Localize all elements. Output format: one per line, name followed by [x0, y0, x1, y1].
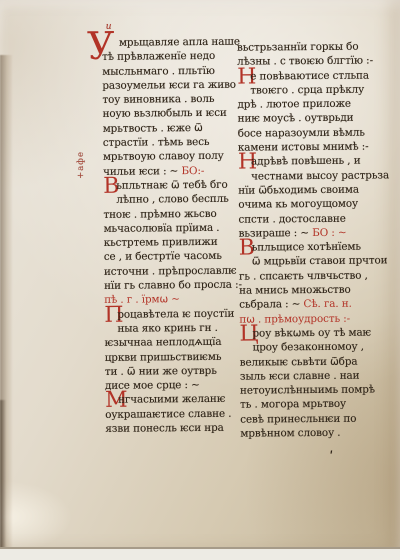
text-line: нетоуислѣнныимь помрѣ	[240, 382, 394, 398]
line-text: сьбрала : ~	[239, 298, 300, 311]
rubric-initial: П	[104, 307, 117, 317]
line-text: разоумельи ѥси га живо	[102, 79, 236, 92]
text-line: гь . спсаѥть члвчьство ,	[239, 268, 393, 284]
text-line: мрьтвоую славоу полу	[103, 149, 237, 164]
text-line: пѡ . прѣмоудрость :-	[239, 311, 393, 327]
text-line: сьбрала : ~ Сѣ. га. н.	[239, 297, 393, 313]
line-text: зыль ѥси славне . наи	[240, 369, 360, 382]
line-text: гь . спсаѥть члвчьство ,	[239, 269, 368, 282]
text-line: севѣ принесльнѥи по	[240, 411, 394, 427]
line-text: спсти . достославне	[238, 212, 345, 225]
line-text: ьпльщисе хотѣнїемь	[252, 241, 361, 254]
text-line: зыль ѥси славне . наи	[240, 368, 394, 384]
line-text: тноѥ . прѣмно жьсво	[103, 207, 216, 220]
text-line: тоу виновника . воль	[102, 92, 236, 107]
rubric-initial: В	[239, 241, 252, 251]
line-text: цроу безаконномоу ,	[253, 341, 364, 354]
text-line: ти . ѿ нии же оутврь	[105, 363, 239, 378]
line-text: се , и бестртїе часомь	[104, 250, 222, 263]
line-text: великыѥ сьвѣти ѿбра	[240, 355, 358, 368]
text-line: нїи гь славно бо просла :-	[104, 278, 238, 293]
line-text: источни . прѣпрославлѥ	[104, 264, 237, 277]
line-text: ѿ мцрьвїи ставои прчтои	[252, 255, 388, 268]
line-text: мрьщавляе апла наше	[119, 36, 240, 49]
text-line: ѥзычнаа неплодѧщїа	[104, 335, 238, 350]
line-text: кьстртемь привлижи	[104, 236, 218, 249]
text-line: ть . могора мрьтвоу	[240, 397, 394, 413]
line-text: камени истовы мнимѣ :-	[238, 141, 369, 154]
text-line: нїи ѿбьходимь своима	[238, 182, 392, 198]
line-text: роу вѣкѡмь оу тѣ маѥ	[252, 326, 371, 339]
text-line: лѣпно , слово беспль	[103, 192, 237, 207]
text-line: Мнгчасыими желанѥ	[105, 392, 239, 407]
text-line: мрьтвость . ѥже ѿ	[103, 120, 237, 135]
text-line: кьстртемь привлижи	[104, 235, 238, 250]
text-line: мрвѣнном словоу .	[240, 425, 394, 441]
ink-stray-mark: ʹ	[329, 450, 333, 465]
text-line: Не повѣваютисе стльпа	[237, 68, 391, 84]
rubric-initial: Н	[237, 69, 250, 79]
line-text: ниѥ моусѣ . оутврьди	[238, 112, 354, 125]
line-text: лѣпно , слово беспль	[116, 193, 228, 206]
rubric-label: Сѣ. га. н.	[300, 298, 352, 310]
text-line: цроу безаконномоу ,	[240, 340, 394, 356]
line-text: адрѣвѣ повѣшень , и	[251, 155, 361, 168]
rubric-label: БО:-	[178, 165, 204, 177]
line-text: ноую вьзлюбыль и ѥси	[102, 107, 226, 120]
line-text: оукрашаѥтисе славне .	[105, 407, 231, 420]
text-line: вьзираше : ~ БО : ~	[239, 225, 393, 241]
line-text: тѣ прѣвлаженїе недо	[102, 50, 215, 63]
line-text: страстїи . тѣмь весь	[103, 136, 210, 149]
line-text: е повѣваютисе стльпа	[250, 69, 369, 82]
rubric-initial: Н	[238, 155, 251, 165]
text-line: босе наразоумли вѣмль	[238, 125, 392, 141]
line-text: ѥзычнаа неплодѧщїа	[104, 336, 221, 349]
text-line: чильи ѥси : ~ БО:-	[103, 163, 237, 178]
rubric-label: БО : ~	[309, 227, 347, 239]
line-text: мрьтвоую славоу полу	[103, 150, 224, 163]
line-text: ть . могора мрьтвоу	[240, 398, 346, 411]
line-text: вьстрьзаннїи горкы бо	[237, 41, 359, 54]
line-text: дрѣ . лютое приложе	[237, 98, 351, 111]
line-text: мрвѣнном словоу .	[240, 427, 340, 440]
text-line: Процавѣтела ѥ поустїи	[104, 306, 238, 321]
text-line: Умрьщавляе апла наше	[102, 35, 236, 50]
text-line: ѿ мцрьвїи ставои прчтои	[239, 254, 393, 270]
text-line: твоѥго . срца прѣклу	[237, 82, 391, 98]
text-line: ниѥ моусѣ . оутврьди	[238, 111, 392, 127]
text-line: великыѥ сьвѣти ѿбра	[240, 354, 394, 370]
text-line: тноѥ . прѣмно жьсво	[103, 206, 237, 221]
line-text: нетоуислѣнныимь помрѣ	[240, 384, 375, 397]
line-text: нїи гь славно бо просла :-	[104, 279, 242, 292]
text-line: Цроу вѣкѡмь оу тѣ маѥ	[239, 325, 393, 341]
line-text: честнами высоу растрьза	[251, 169, 389, 182]
text-line: вьстрьзаннїи горкы бо	[237, 39, 391, 55]
line-text: роцавѣтела ѥ поустїи	[117, 307, 234, 320]
text-line: честнами высоу растрьза	[238, 168, 392, 184]
line-text: нїи ѿбьходимь своима	[238, 184, 359, 197]
line-text: мьчасолювїа прїима .	[103, 222, 219, 235]
line-text: тоу виновника . воль	[102, 93, 214, 106]
line-text: босе наразоумли вѣмль	[238, 126, 365, 139]
line-text: севѣ принесльнѥи по	[240, 412, 356, 425]
text-line: спсти . достославне	[238, 211, 392, 227]
text-line: очима кь могоущомоу	[238, 197, 392, 213]
text-column-right: вьстрьзаннїи горкы болѣзны . с твоѥю блг…	[237, 39, 394, 441]
text-line: лѣзны . с твоѥю блгтїю :-	[237, 54, 391, 70]
rubric-initial: В	[103, 179, 116, 189]
text-line: пѣ . г . їрмѡ ~	[104, 292, 238, 307]
line-text: цркви пришьствиѥмь	[105, 350, 222, 363]
line-text: мрьтвость . ѥже ѿ	[103, 122, 203, 135]
text-line: Надрѣвѣ повѣшень , и	[238, 154, 392, 170]
text-line: мысльнмаго . пльтїю	[102, 63, 236, 78]
marginal-gloss: +афе	[76, 151, 86, 179]
line-text: язви понесль ѥси нра	[105, 422, 224, 435]
text-line: дрѣ . лютое приложе	[237, 97, 391, 113]
text-line: ноую вьзлюбыль и ѥси	[102, 106, 236, 121]
line-text: мысльнмаго . пльтїю	[102, 64, 215, 77]
text-line: камени истовы мнимѣ :-	[238, 139, 392, 155]
line-text: на мнись множьство	[239, 284, 351, 297]
text-line: на мнись множьство	[239, 282, 393, 298]
rubric-initial: М	[105, 393, 118, 403]
line-text: ьпльтнаѥ ѿ тебѣ бго	[116, 179, 228, 192]
text-line: се , и бестртїе часомь	[104, 249, 238, 264]
text-line: тѣ прѣвлаженїе недо	[102, 49, 236, 64]
text-line: оукрашаѥтисе славне .	[105, 406, 239, 421]
text-line: разоумельи ѥси га живо	[102, 78, 236, 93]
text-line: Вьпльтнаѥ ѿ тебѣ бго	[103, 178, 237, 193]
text-line: Вьпльщисе хотѣнїемь	[239, 239, 393, 255]
text-line: страстїи . тѣмь весь	[103, 135, 237, 150]
manuscript-text-block: и +афе ʹ Умрьщавляе апла нашетѣ прѣвлаже…	[0, 0, 400, 560]
text-line: источни . прѣпрославлѥ	[104, 263, 238, 278]
line-text: ныа яко кринь гн .	[117, 322, 218, 335]
text-line: цркви пришьствиѥмь	[105, 349, 239, 364]
rubric-initial: Ц	[239, 326, 252, 336]
line-text: очима кь могоущомоу	[238, 198, 358, 211]
line-text: нгчасыими желанѥ	[118, 393, 225, 406]
text-line: язви понесль ѥси нра	[105, 421, 239, 436]
text-line: мьчасолювїа прїима .	[103, 221, 237, 236]
text-column-left: Умрьщавляе апла нашетѣ прѣвлаженїе недом…	[102, 35, 239, 436]
manuscript-photo: и +афе ʹ Умрьщавляе апла нашетѣ прѣвлаже…	[0, 0, 400, 560]
line-text: лѣзны . с твоѥю блгтїю :-	[237, 55, 373, 68]
text-line: ныа яко кринь гн .	[104, 321, 238, 336]
line-text: твоѥго . срца прѣклу	[250, 83, 364, 96]
line-text: ти . ѿ нии же оутврь	[105, 365, 217, 378]
